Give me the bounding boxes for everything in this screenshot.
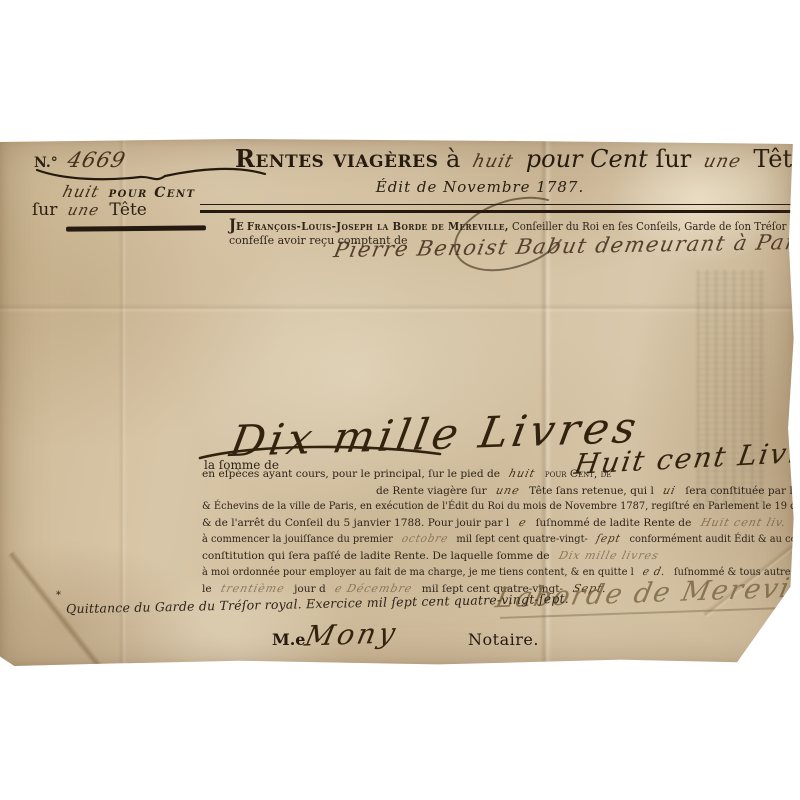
body-text: en eſpèces ayant cours, pour le principa… (202, 468, 500, 480)
body-handwriting: octobre (400, 531, 450, 547)
body-line-2: de Rente viagère ſur une Tête ſans reten… (202, 483, 794, 500)
corner-head-handwriting: une (66, 201, 102, 219)
body-text: conſtitution qui ſera paſſé de ladite Re… (202, 550, 550, 562)
photo-background: N.° 4669 huit pour Cent ſur une Tête Ren… (0, 0, 800, 800)
body-text: Tête ſans retenue, qui l (529, 485, 654, 497)
body-handwriting: ſept (595, 531, 623, 547)
body-text: & Échevins de la ville de Paris, en exéc… (202, 500, 800, 512)
body-text: ſera conſtituée par les S.rs Prévôt des … (685, 485, 800, 497)
body-handwriting: une (494, 483, 522, 499)
title-sur: ſur (655, 145, 691, 173)
body-text: ſuſnommé de ladite Rente de (536, 517, 692, 529)
body-handwriting: trentième (219, 581, 287, 597)
body-text: le (202, 583, 212, 595)
body-text: & de l'arrêt du Conſeil du 5 janvier 178… (202, 517, 509, 529)
body-text: à commencer la jouiſſance du premier (202, 533, 393, 545)
body-text: mil ſept cent quatre-vingt- (456, 533, 587, 545)
certificate-title: Rentes viagères à huit pour Cent ſur une… (235, 144, 791, 173)
notary-prefix: M.e (272, 630, 305, 649)
corner-rule (66, 225, 206, 231)
treasurer-name: François-Louis-Joseph la Borde de Merevi… (247, 220, 509, 233)
title-pour-cent: pour Cent (526, 145, 648, 173)
body-text: à moi ordonnée pour employer au fait de … (202, 566, 634, 578)
corner-rate-handwriting: huit (61, 182, 102, 201)
body-line-5: à commencer la jouiſſance du premier oct… (202, 531, 753, 548)
intro-je: Je (229, 215, 244, 234)
parchment-certificate: N.° 4669 huit pour Cent ſur une Tête Ren… (0, 138, 796, 666)
body-handwriting: Huit cent liv. (699, 515, 788, 531)
title-main: Rentes viagères (235, 144, 438, 173)
corner-tete-print: Tête (109, 200, 146, 220)
edict-subtitle: Édit de Novembre 1787. (235, 178, 725, 196)
notary-label: Notaire. (468, 630, 539, 649)
body-line-3: & Échevins de la ville de Paris, en exéc… (202, 499, 753, 515)
title-a: à (446, 145, 460, 173)
quittance-mark: * (56, 590, 61, 601)
body-line-4: & de l'arrêt du Conſeil du 5 janvier 178… (202, 515, 794, 532)
body-handwriting: e (517, 515, 528, 531)
flourish-underline-icon (34, 164, 269, 182)
body-text: conformément audit Édit & au contrat de (630, 533, 800, 545)
fold-crease-horizontal (0, 303, 796, 313)
title-tete: Tête (753, 145, 800, 173)
corner-head-line: ſur une Tête (32, 200, 147, 220)
corner-rate-line: huit pour Cent (58, 182, 196, 201)
body-text: de Rente viagère ſur (376, 485, 487, 497)
body-handwriting: ui (661, 483, 677, 499)
corner-sur-print: ſur (32, 200, 57, 220)
body-line-1: en eſpèces ayant cours, pour le principa… (202, 466, 794, 483)
notary-name-handwriting: Mony (302, 616, 401, 652)
title-head-handwriting: une (701, 151, 743, 172)
body-line-6: conſtitution qui ſera paſſé de ladite Re… (202, 548, 794, 565)
body-text: pour Cent, de (545, 468, 611, 480)
body-handwriting: Dix mille livres (557, 548, 661, 564)
body-handwriting: huit (507, 466, 537, 482)
title-rate-handwriting: huit (470, 151, 515, 172)
body-text: jour d (294, 583, 326, 595)
corner-rate-print: pour Cent (109, 185, 196, 201)
